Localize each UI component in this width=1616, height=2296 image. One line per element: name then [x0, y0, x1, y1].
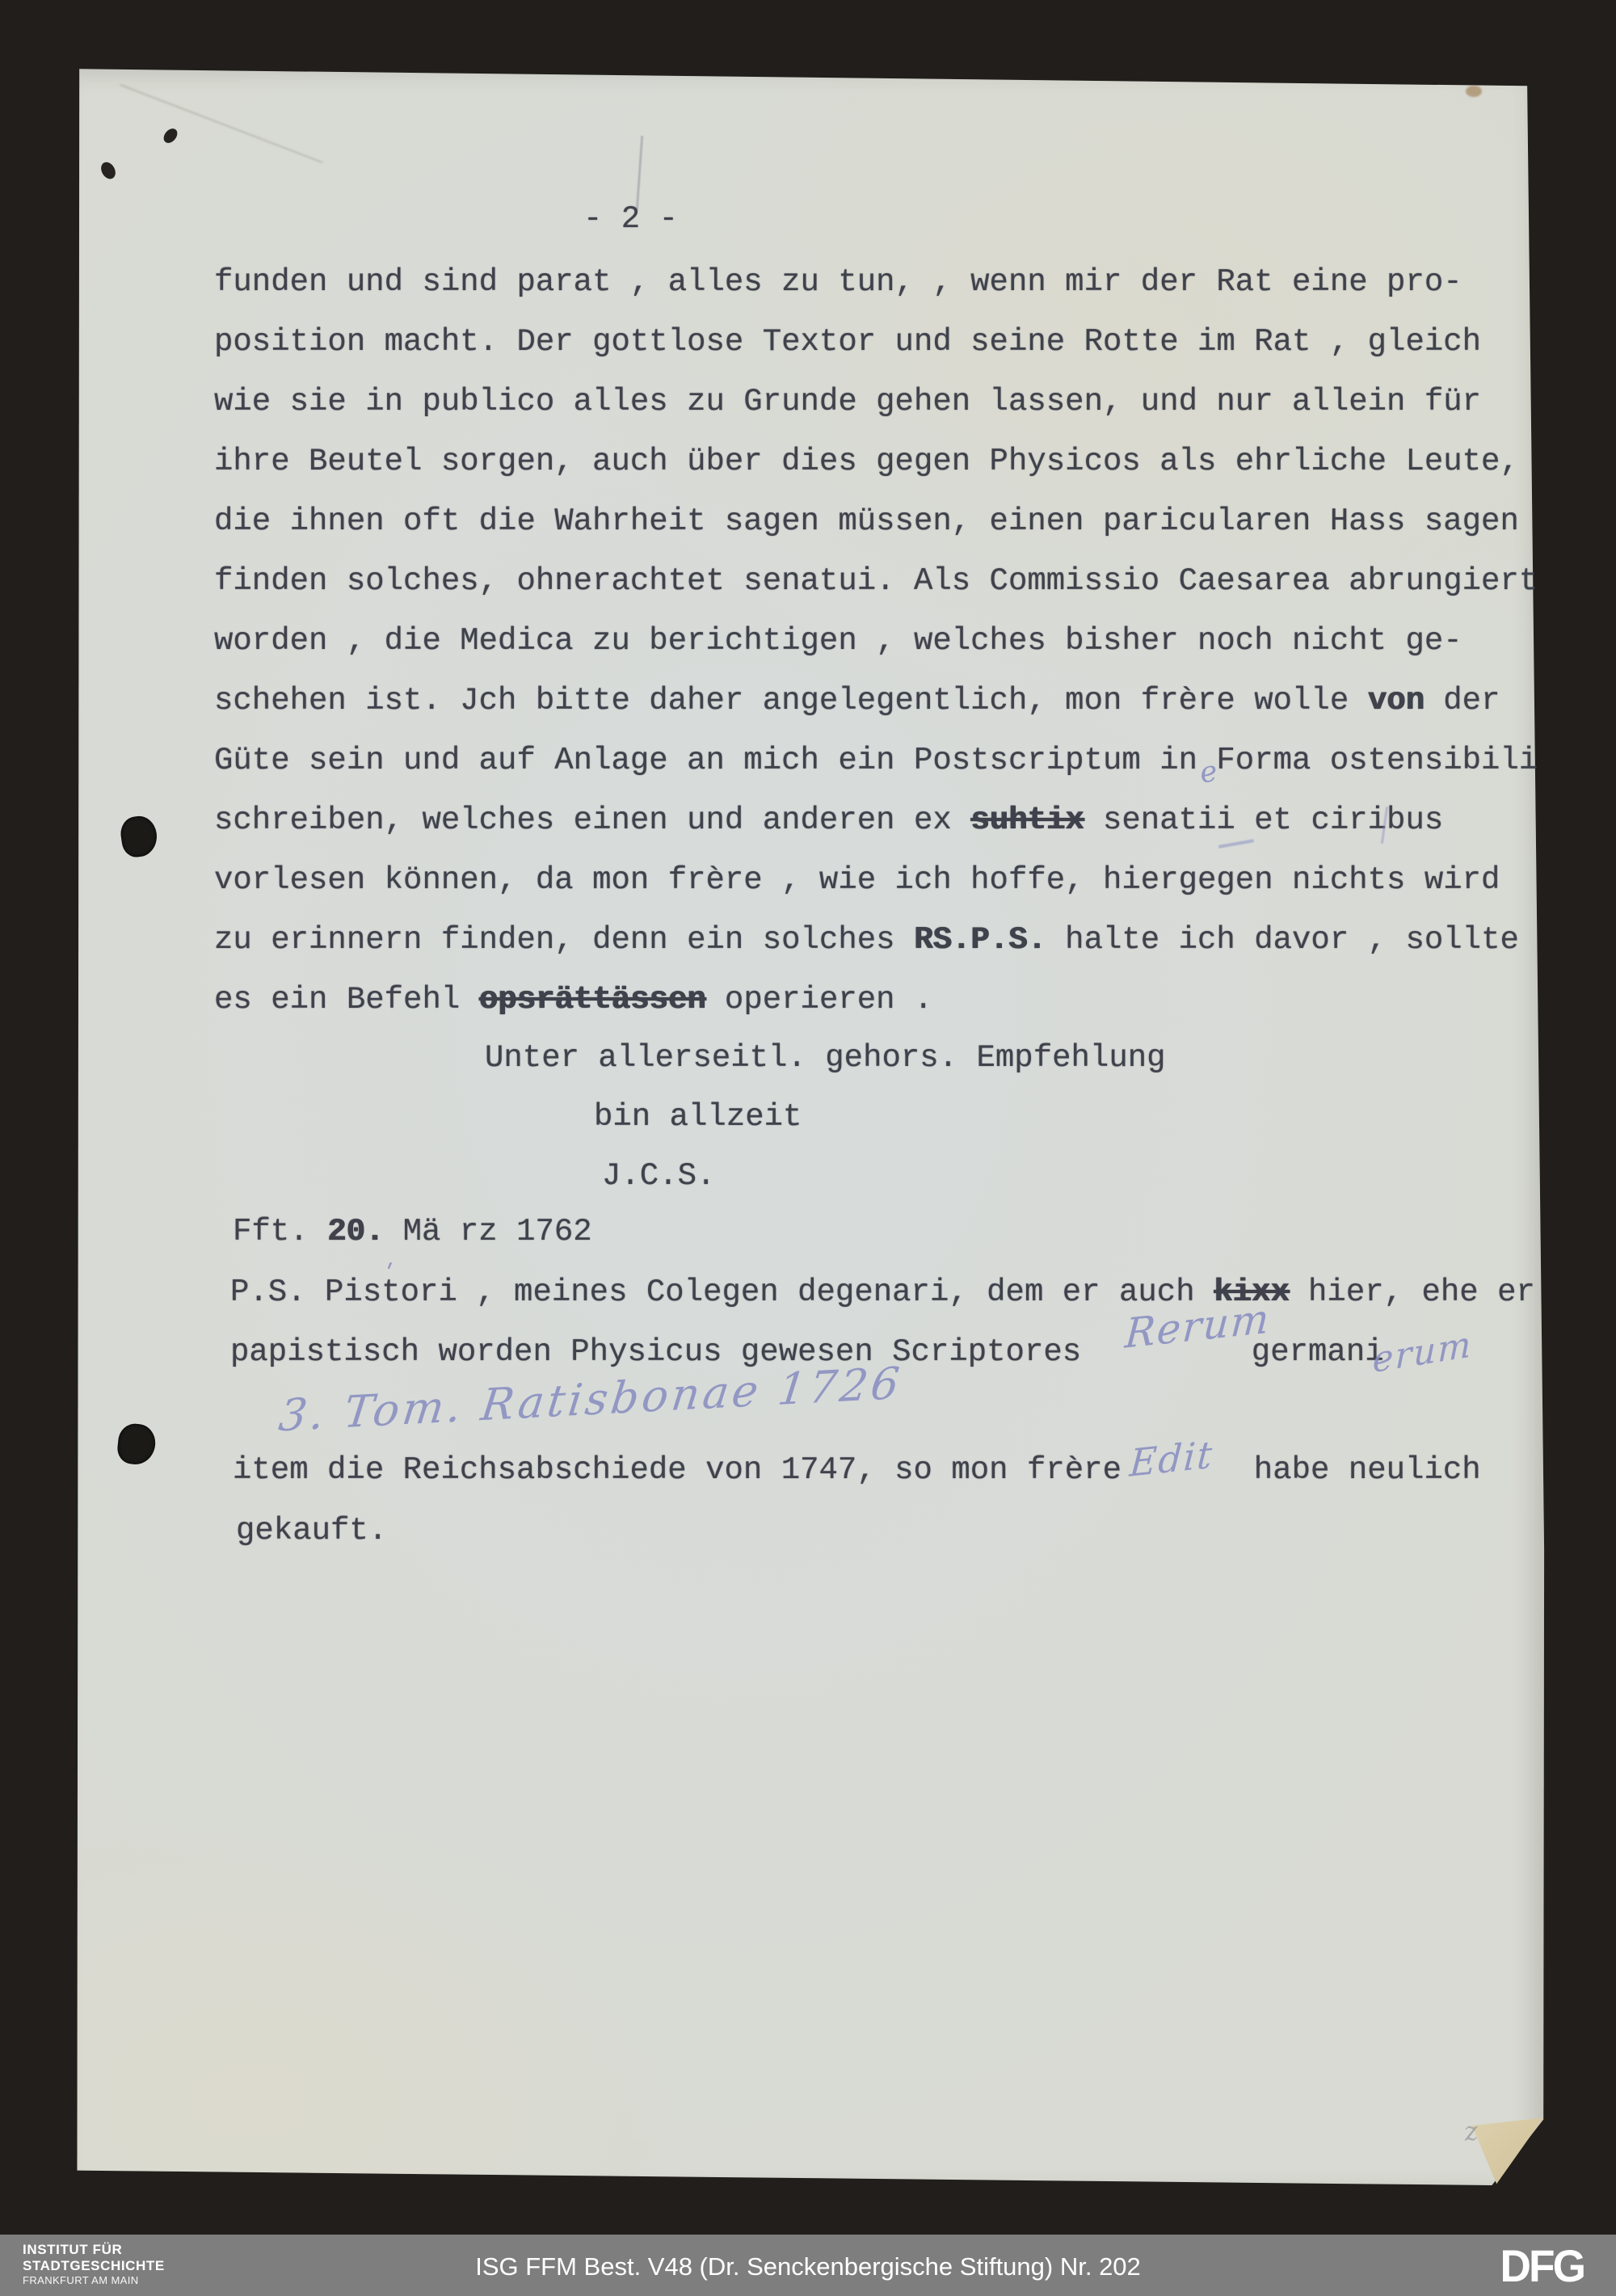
line-text: vorlesen können, da mon frère , wie ich … [214, 862, 1500, 898]
signature-initials: J.C.S. [602, 1161, 715, 1192]
isg-logo-line: FRANKFURT AM MAIN [23, 2274, 165, 2286]
line-text: Güte sein und auf Anlage an mich ein Pos… [214, 743, 1538, 778]
line-text: Unter allerseitl. gehors. Empfehlung [485, 1040, 1166, 1076]
line-text: der [1425, 683, 1500, 718]
archive-caption: ISG FFM Best. V48 (Dr. Senckenbergische … [475, 2252, 1141, 2281]
line-text: hier, ehe er [1290, 1274, 1535, 1310]
line-text: senatii et ciribus [1084, 803, 1444, 838]
line-text: item die Reichsabschiede von 1747, so mo… [233, 1452, 1122, 1488]
postscript-line: gekauft. [236, 1515, 387, 1547]
line-text: ihre Beutel sorgen, auch über dies gegen… [214, 444, 1519, 479]
page-number: - 2 - [583, 204, 678, 235]
handwritten-word-edit: Edit [1128, 1432, 1214, 1485]
typed-line: zu erinnern finden, denn ein solches RS.… [214, 925, 1519, 956]
rust-stain [1466, 86, 1482, 97]
closing-line: bin allzeit [594, 1102, 802, 1133]
postscript-line: P.S. Pistori , meines Colegen degenari, … [230, 1277, 1535, 1308]
line-text: papistisch worden Physicus gewesen Scrip… [230, 1334, 1081, 1370]
line-text: zu erinnern finden, denn ein solches [214, 922, 914, 958]
line-text: worden , die Medica zu berichtigen , wel… [214, 623, 1462, 659]
typed-line: schreiben, welches einen und anderen ex … [214, 805, 1443, 836]
typed-line: Güte sein und auf Anlage an mich ein Pos… [214, 745, 1538, 777]
typed-line: vorlesen können, da mon frère , wie ich … [214, 865, 1500, 896]
typed-line: worden , die Medica zu berichtigen , wel… [214, 626, 1462, 657]
isg-logo-line: STADTGESCHICHTE [23, 2258, 165, 2274]
pencil-mark-pistori: ʹ [386, 1259, 395, 1290]
paper-sheet [73, 65, 1545, 2185]
struck-out-text: suhtix [970, 803, 1084, 838]
typed-line: ihre Beutel sorgen, auch über dies gegen… [214, 446, 1519, 478]
line-text: schehen ist. Jch bitte daher angelegentl… [214, 683, 1368, 718]
typed-line: es ein Befehl opsrättässen operieren . [214, 984, 932, 1016]
line-text: es ein Befehl [214, 982, 479, 1017]
typed-line: funden und sind parat , alles zu tun, , … [214, 267, 1462, 298]
footer-bar: INSTITUT FÜR STADTGESCHICHTE FRANKFURT A… [0, 2235, 1616, 2296]
line-text: wie sie in publico alles zu Grunde gehen… [214, 384, 1481, 419]
line-text: operieren . [706, 982, 933, 1017]
overtyped-text: 20. [327, 1214, 384, 1249]
line-text: Mä rz 1762 [384, 1214, 591, 1249]
typed-line: die ihnen oft die Wahrheit sagen müssen,… [214, 506, 1519, 537]
line-text: P.S. Pistori , meines Colegen degenari, … [230, 1274, 1214, 1310]
dfg-logo: DFG [1500, 2239, 1584, 2292]
pencil-corner-mark: z [1462, 2115, 1479, 2147]
postscript-line: item die Reichsabschiede von 1747, so mo… [233, 1455, 1481, 1486]
line-text: gekauft. [236, 1513, 387, 1548]
isg-logo: INSTITUT FÜR STADTGESCHICHTE FRANKFURT A… [23, 2242, 165, 2286]
line-text: bin allzeit [594, 1099, 802, 1135]
typed-line: position macht. Der gottlose Textor und … [214, 326, 1481, 358]
struck-out-text: opsrättässen [479, 982, 706, 1017]
line-text: J.C.S. [602, 1158, 715, 1194]
closing-line: Unter allerseitl. gehors. Empfehlung [485, 1043, 1166, 1074]
typed-line: wie sie in publico alles zu Grunde gehen… [214, 386, 1481, 418]
line-text: die ihnen oft die Wahrheit sagen müssen,… [214, 503, 1519, 539]
line-text: - 2 - [583, 201, 678, 237]
line-text: halte ich davor , sollte [1046, 922, 1519, 958]
typed-line: schehen ist. Jch bitte daher angelegentl… [214, 685, 1500, 717]
line-text: Fft. [233, 1214, 327, 1249]
scanned-archive-page: { "colors":{"background":"#211e1b","pape… [0, 0, 1616, 2296]
overtyped-text: RS.P.S. [914, 922, 1046, 958]
line-text: finden solches, ohnerachtet senatui. Als… [214, 563, 1538, 599]
line-text: funden und sind parat , alles zu tun, , … [214, 264, 1462, 300]
isg-logo-line: INSTITUT FÜR [23, 2242, 165, 2258]
line-text: position macht. Der gottlose Textor und … [214, 324, 1481, 360]
date-line: Fft. 20. Mä rz 1762 [233, 1216, 592, 1248]
typed-line: finden solches, ohnerachtet senatui. Als… [214, 566, 1538, 597]
overtyped-text: von [1368, 683, 1425, 718]
line-text: schreiben, welches einen und anderen ex [214, 803, 970, 838]
